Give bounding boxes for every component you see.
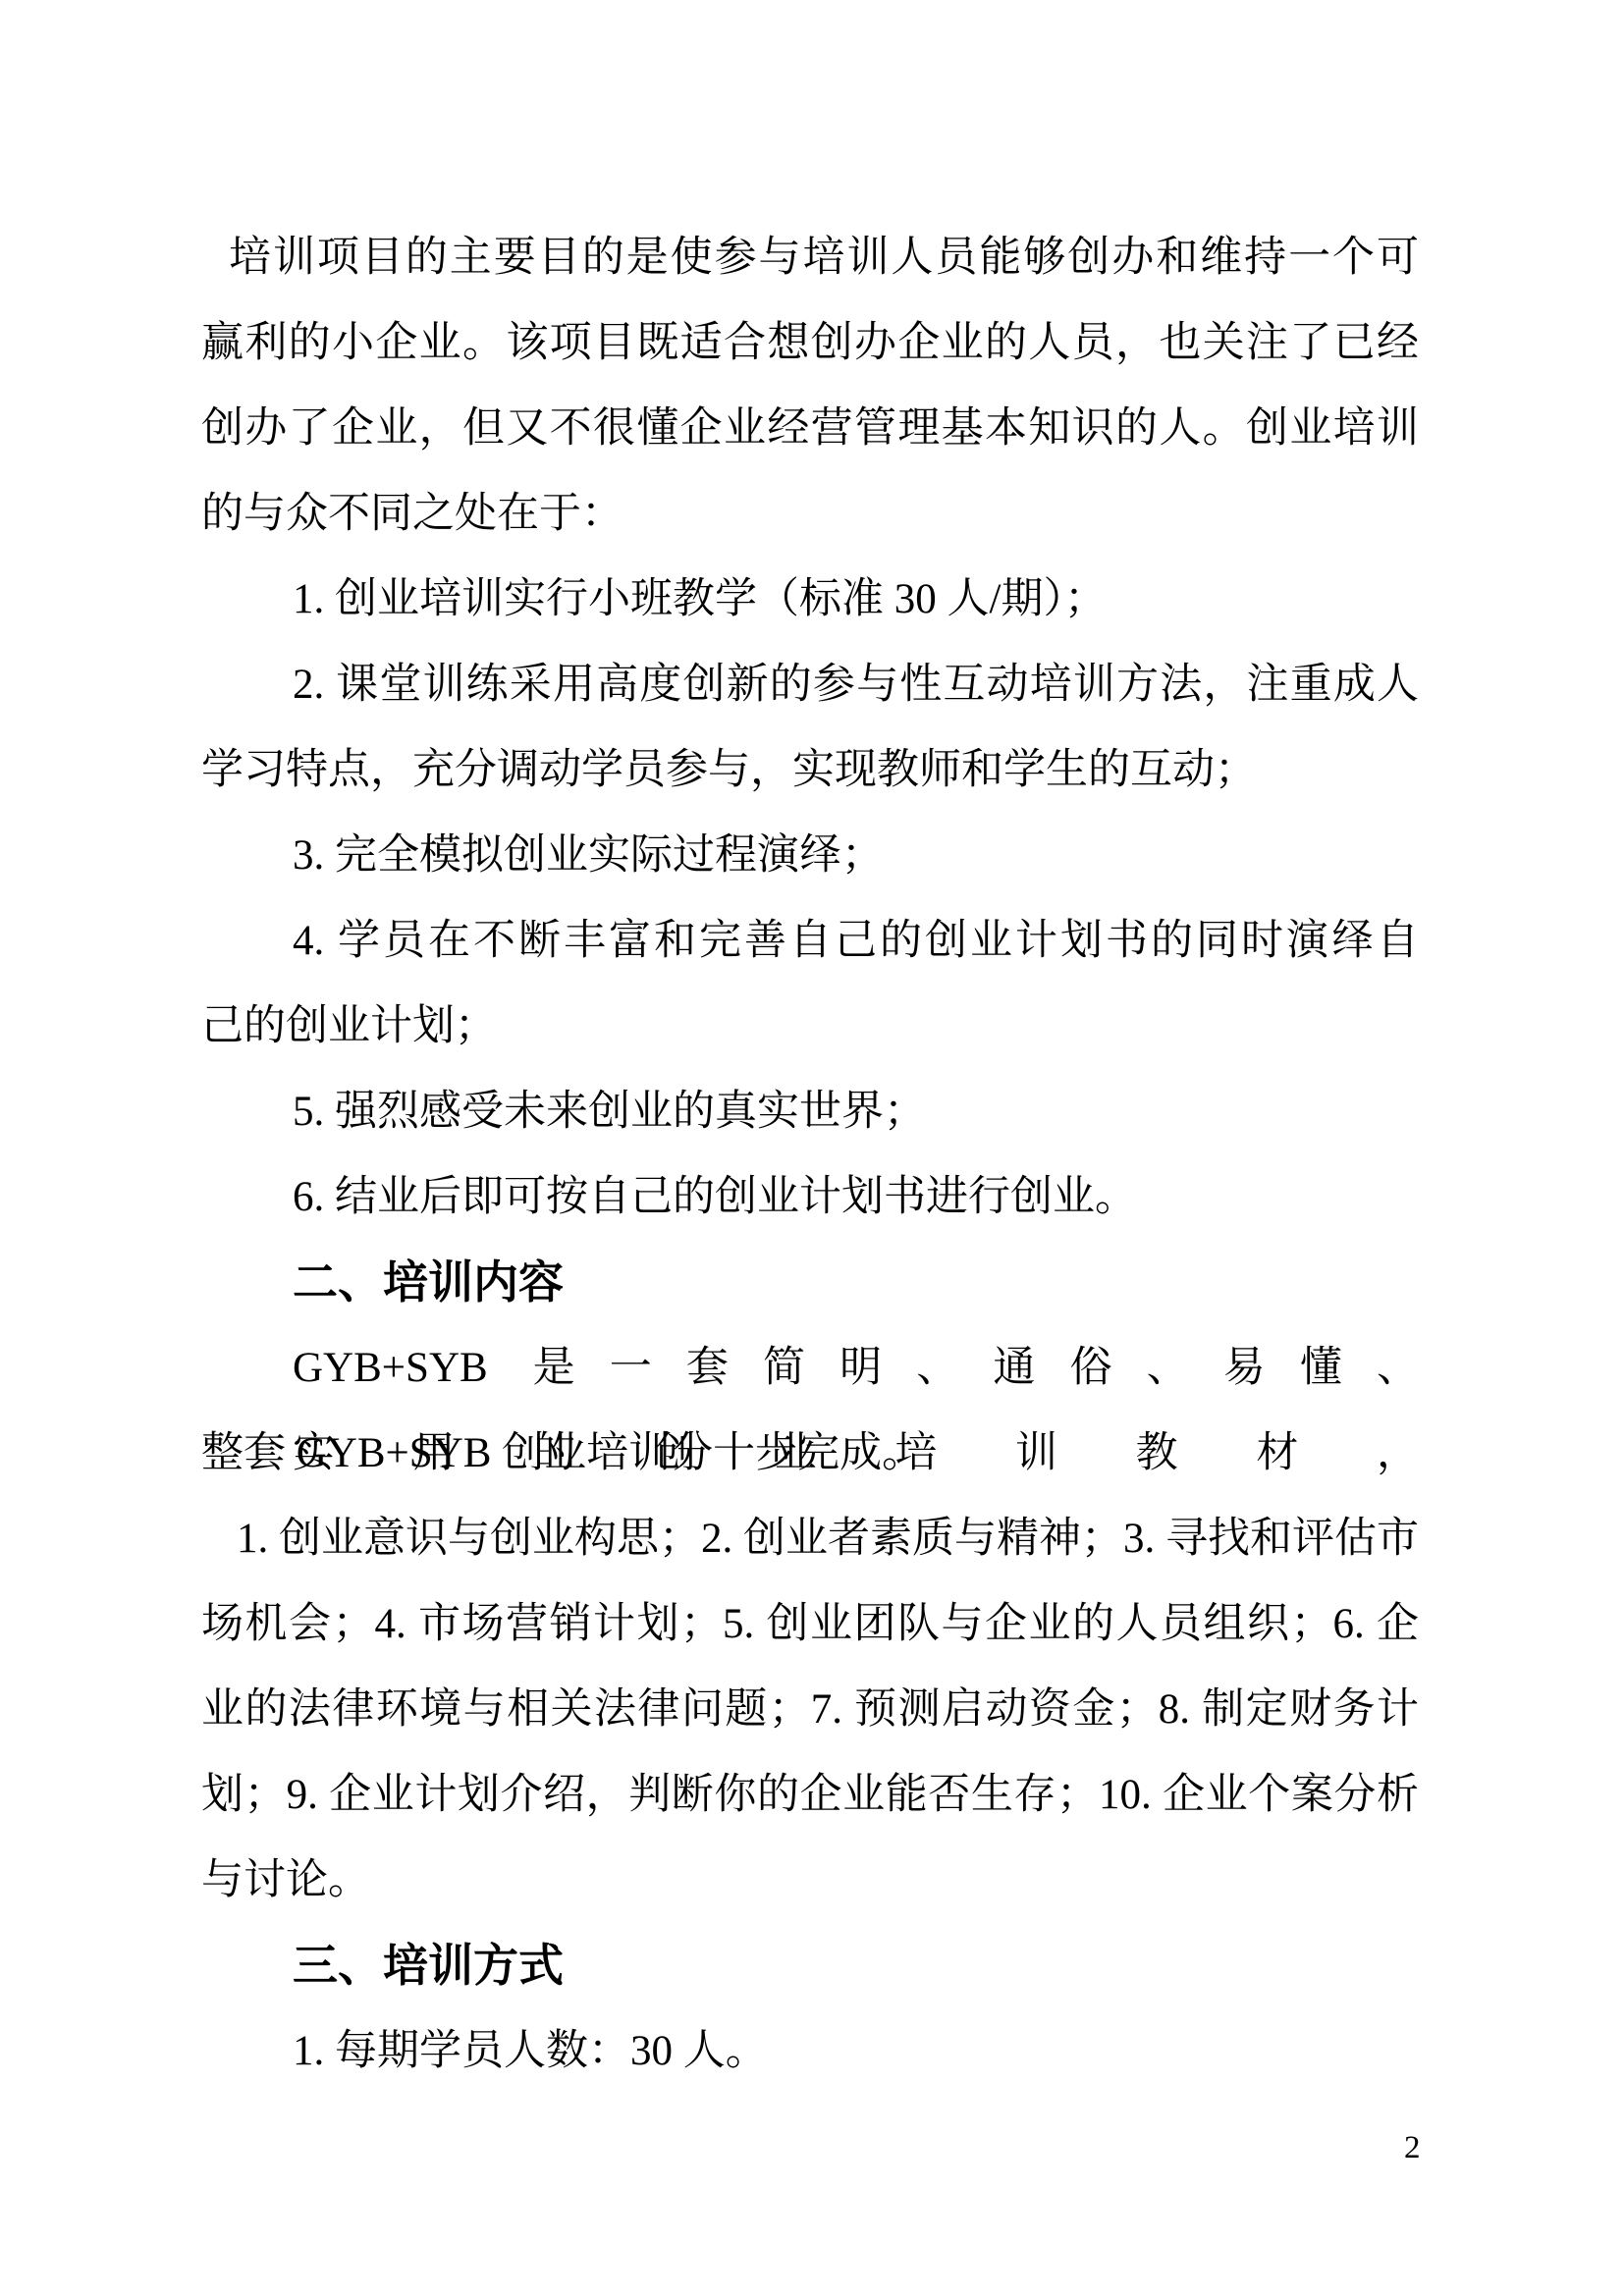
list-item-1: 1. 创业培训实行小班教学（标准 30 人/期）；: [201, 557, 1419, 642]
list-item-2-continued: 学习特点，充分调动学员参与，实现教师和学生的互动；: [201, 727, 1419, 813]
document-page: 培训项目的主要目的是使参与培训人员能够创办和维持一个可 赢利的小企业。该项目既适…: [0, 0, 1624, 2296]
ten-steps-line: 场机会；4. 市场营销计划；5. 创业团队与企业的人员组织；6. 企: [201, 1581, 1419, 1667]
list-item-4: 4. 学员在不断丰富和完善自己的创业计划书的同时演绎自: [201, 898, 1419, 984]
method-item-1: 1. 每期学员人数：30 人。: [201, 2008, 1419, 2094]
paragraph-line: 的与众不同之处在于：: [201, 471, 1419, 557]
section-heading-training-method: 三、培训方式: [201, 1923, 1419, 2008]
list-item-6: 6. 结业后即可按自己的创业计划书进行创业。: [201, 1154, 1419, 1240]
list-item-4-continued: 己的创业计划；: [201, 984, 1419, 1069]
paragraph-line: 创办了企业，但又不很懂企业经营管理基本知识的人。创业培训: [201, 386, 1419, 471]
page-number: 2: [1404, 2118, 1463, 2177]
section-heading-training-content: 二、培训内容: [201, 1240, 1419, 1325]
ten-steps-line: 与讨论。: [201, 1838, 1419, 1923]
list-item-2: 2. 课堂训练采用高度创新的参与性互动培训方法，注重成人: [201, 642, 1419, 727]
document-body: 培训项目的主要目的是使参与培训人员能够创办和维持一个可 赢利的小企业。该项目既适…: [201, 215, 1419, 2094]
list-item-5: 5. 强烈感受未来创业的真实世界；: [201, 1069, 1419, 1154]
list-item-3: 3. 完全模拟创业实际过程演绎；: [201, 813, 1419, 898]
paragraph-line: 赢利的小企业。该项目既适合想创办企业的人员，也关注了已经: [201, 300, 1419, 386]
paragraph-line: 培训项目的主要目的是使参与培训人员能够创办和维持一个可: [201, 215, 1419, 300]
ten-steps-line: 业的法律环境与相关法律问题；7. 预测启动资金；8. 制定财务计: [201, 1667, 1419, 1752]
ten-steps-line: 划；9. 企业计划介绍，判断你的企业能否生存；10. 企业个案分析: [201, 1752, 1419, 1838]
paragraph-line: GYB+SYB 是一套简明、通俗、易懂、实用的创业培训教材，: [201, 1325, 1419, 1411]
ten-steps-line: 1. 创业意识与创业构思；2. 创业者素质与精神；3. 寻找和评估市: [201, 1496, 1419, 1581]
